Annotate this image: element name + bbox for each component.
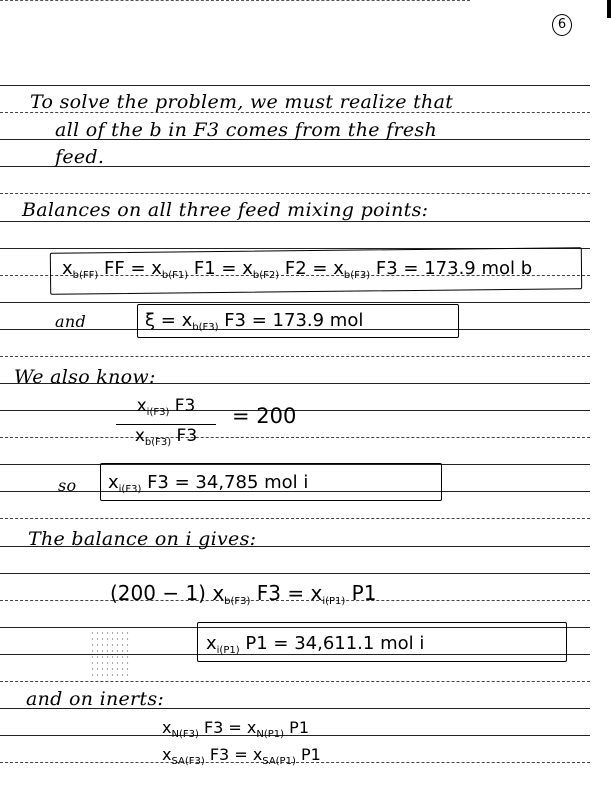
- balance-on-i-heading: The balance on i gives:: [28, 528, 256, 550]
- extent-equation: ξ = xb(F3) F3 = 173.9 mol: [145, 310, 363, 339]
- fraction-bar: [116, 424, 216, 425]
- inerts-equation-sa: xSA(F3) F3 = xSA(P1) P1: [162, 744, 321, 773]
- i-f3-result-equation: xi(F3) F3 = 34,785 mol i: [108, 472, 308, 501]
- scan-top-edge: [0, 0, 470, 2]
- ratio-equals-value: = 200: [232, 405, 296, 427]
- ruled-line: [0, 681, 590, 682]
- inerts-equation-n: xN(F3) F3 = xN(P1) P1: [162, 717, 309, 746]
- balance-on-i-equation: (200 − 1) xb(F3) F3 = xi(P1) P1: [110, 582, 376, 613]
- i-p1-result-equation: xi(P1) P1 = 34,611.1 mol i: [206, 633, 424, 662]
- and-label: and: [55, 311, 86, 333]
- intro-line-3: feed.: [55, 146, 104, 168]
- balances-heading: Balances on all three feed mixing points…: [22, 199, 428, 221]
- also-know-heading: We also know:: [14, 366, 156, 388]
- ruled-line: [0, 302, 590, 303]
- ruled-line: [0, 437, 590, 438]
- ruled-line: [0, 518, 590, 519]
- feed-mixing-equation: xb(FF) FF = xb(F1) F1 = xb(F2) F2 = xb(F…: [62, 258, 532, 287]
- ratio-numerator: xi(F3) F3: [116, 396, 216, 423]
- scan-corner-mark: [607, 0, 611, 18]
- ruled-line: [0, 193, 590, 194]
- ruled-line: [0, 221, 590, 222]
- scan-noise: [90, 630, 130, 680]
- notebook-page: 6 To solve the problem, we must realize …: [0, 0, 611, 811]
- inerts-heading: and on inerts:: [26, 688, 164, 710]
- so-label: so: [58, 475, 76, 497]
- intro-line-2: all of the b in F3 comes from the fresh: [55, 119, 437, 141]
- ruled-line: [0, 85, 590, 86]
- ratio-denominator: xb(F3) F3: [116, 426, 216, 453]
- ruled-line: [0, 356, 590, 357]
- ratio-fraction: xi(F3) F3 xb(F3) F3: [116, 396, 216, 453]
- page-number: 6: [552, 14, 572, 36]
- intro-line-1: To solve the problem, we must realize th…: [30, 91, 453, 113]
- ruled-line: [0, 573, 590, 574]
